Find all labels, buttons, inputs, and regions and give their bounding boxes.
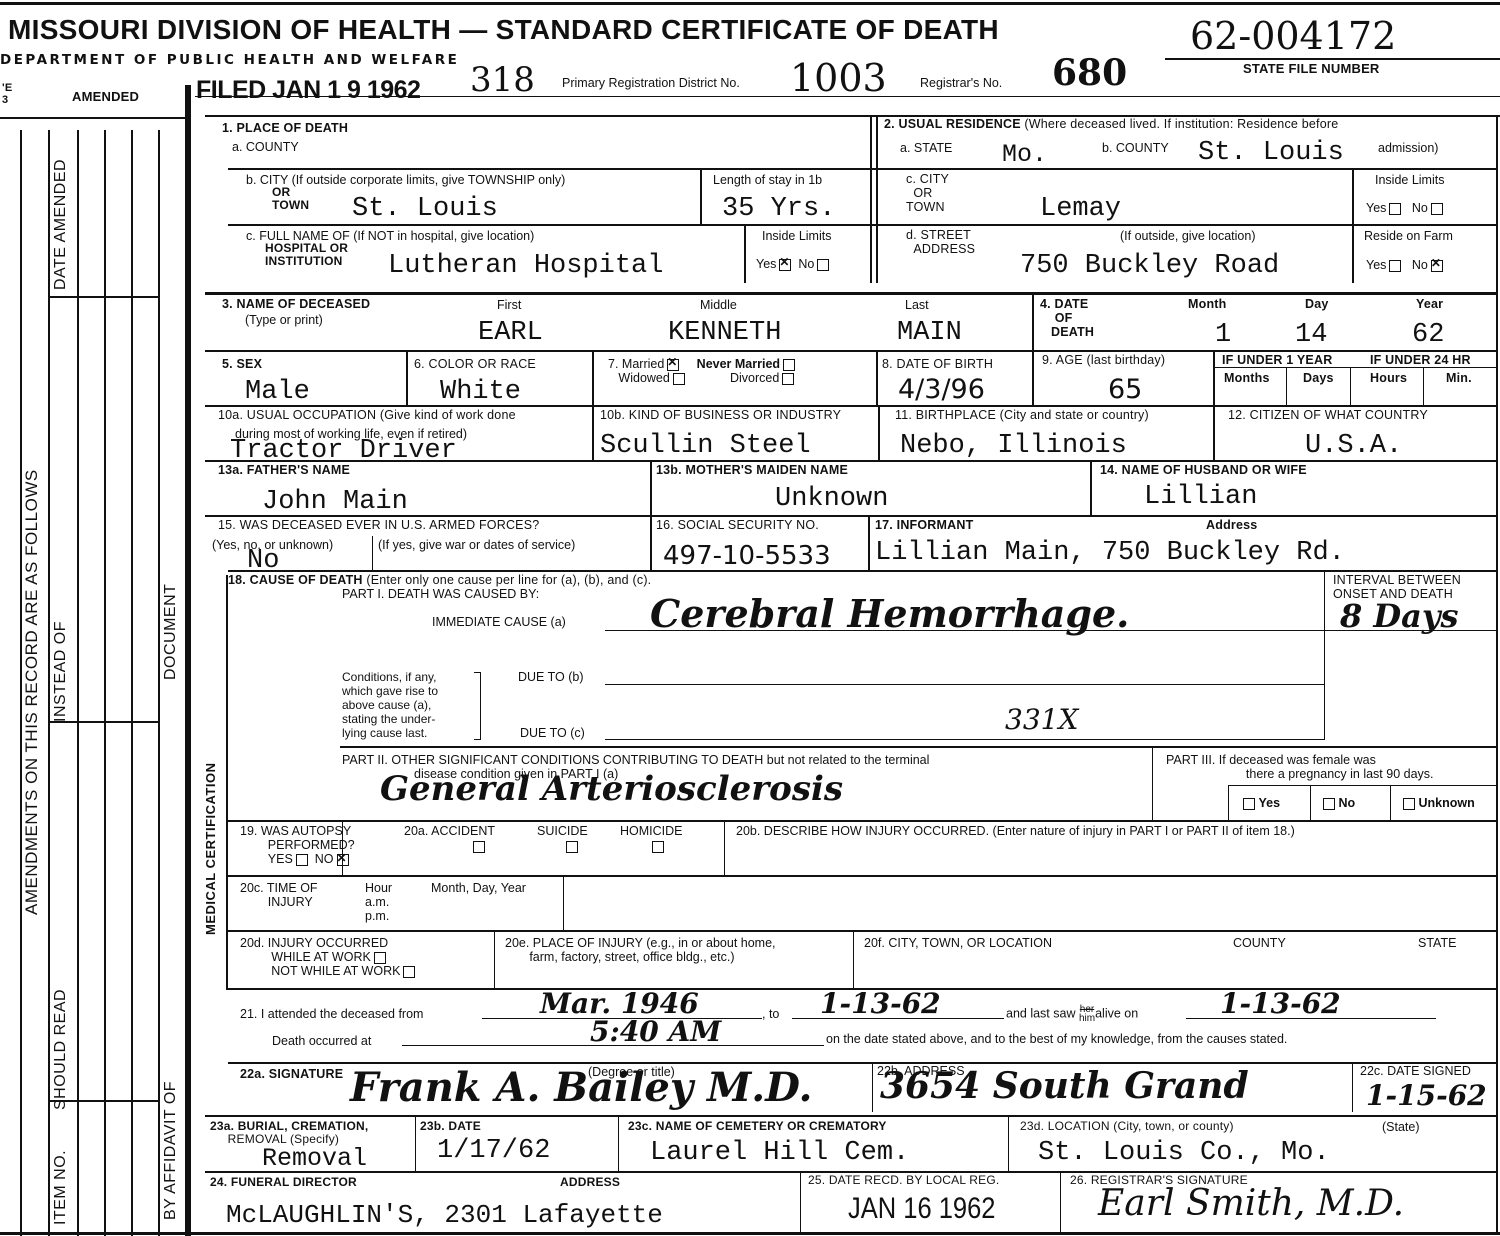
informant-label: 17. INFORMANT (875, 519, 973, 533)
date-of-death-label: 4. DATE OF DEATH (1040, 298, 1094, 339)
burial-value: Removal (262, 1146, 367, 1171)
pregnancy-unknown-checkbox[interactable] (1403, 798, 1415, 810)
date-signed-label: 22c. DATE SIGNED (1360, 1064, 1471, 1078)
funeral-director-label: 24. FUNERAL DIRECTOR (210, 1176, 357, 1189)
inside-limits-no-checkbox[interactable] (1431, 203, 1443, 215)
due-to-c-label: DUE TO (c) (520, 726, 585, 740)
hospital-value: Lutheran Hospital (388, 253, 663, 280)
item-no-label: ITEM NO. (52, 1150, 70, 1225)
physician-signature: Frank A. Bailey M.D. (350, 1068, 812, 1108)
farm-checkboxes: Yes No (1366, 258, 1443, 272)
registrars-no-label: Registrar's No. (920, 76, 1002, 90)
stay-length-value: 35 Yrs. (722, 196, 835, 223)
residence-county-value: St. Louis (1198, 140, 1344, 167)
mother-value: Unknown (775, 486, 888, 513)
amendments-label: AMENDMENTS ON THIS RECORD ARE AS FOLLOWS (22, 469, 42, 915)
informant-address-label: Address (1206, 519, 1257, 533)
conditions-note: Conditions, if any,which gave rise toabo… (342, 670, 438, 740)
spouse-value: Lillian (1144, 484, 1257, 511)
amended-label: AMENDED (72, 90, 139, 104)
by-affidavit-label: BY AFFIDAVIT OF (162, 1081, 180, 1220)
attended-to-label: , to (762, 1007, 779, 1021)
should-read-label: SHOULD READ (52, 989, 70, 1110)
death-city-value: St. Louis (352, 196, 498, 223)
date-recd-value: JAN 16 1962 (848, 1192, 995, 1226)
part1-label: PART I. DEATH WAS CAUSED BY: (342, 587, 539, 601)
farm-no-checkbox[interactable] (1431, 260, 1443, 272)
mother-label: 13b. MOTHER'S MAIDEN NAME (656, 464, 848, 478)
father-value: John Main (262, 489, 408, 516)
father-label: 13a. FATHER'S NAME (218, 464, 350, 478)
burial-date: 1/17/62 (437, 1138, 550, 1165)
ssn-label: 16. SOCIAL SECURITY NO. (656, 519, 819, 533)
pregnancy-unknown: Unknown (1400, 796, 1475, 810)
residence-state-value: Mo. (1002, 142, 1047, 167)
burial-label: 23a. BURIAL, CREMATION, REMOVAL (Specify… (210, 1120, 368, 1146)
marital-status: 7. Married Never Married Widowed Divorce… (608, 357, 795, 386)
name-label: 3. NAME OF DECEASED (222, 298, 370, 312)
autopsy-label: 19. WAS AUTOPSY PERFORMED? YES NO (240, 824, 355, 866)
under-1-year-label: IF UNDER 1 YEAR (1222, 354, 1332, 368)
hospital-sublabel: HOSPITAL ORINSTITUTION (265, 242, 348, 268)
brace (474, 672, 481, 740)
certificate-title: MISSOURI DIVISION OF HEALTH — STANDARD C… (8, 14, 999, 46)
autopsy-yes-checkbox[interactable] (296, 854, 308, 866)
department-name: DEPARTMENT OF PUBLIC HEALTH AND WELFARE (0, 52, 459, 68)
mdy-label: Month, Day, Year (431, 881, 526, 895)
funeral-address-label: ADDRESS (560, 1176, 620, 1189)
injury-county-label: COUNTY (1233, 936, 1286, 950)
business-label: 10b. KIND OF BUSINESS OR INDUSTRY (600, 409, 841, 423)
under-24-hr-label: IF UNDER 24 HR (1370, 354, 1471, 368)
instead-of-label: INSTEAD OF (52, 621, 70, 722)
place-of-death-label: 1. PLACE OF DEATH (222, 122, 348, 136)
widowed-checkbox[interactable] (673, 373, 685, 385)
dob-value: 4/3/96 (898, 376, 985, 403)
pregnancy-yes: Yes (1240, 796, 1280, 810)
part2-label: PART II. OTHER SIGNIFICANT CONDITIONS CO… (342, 753, 929, 767)
county-label: a. COUNTY (232, 140, 299, 154)
homicide-checkbox[interactable] (652, 841, 664, 853)
ssn-value: 497-10-5533 (663, 543, 831, 569)
date-signed: 1-15-62 (1366, 1082, 1487, 1110)
death-occurred-tail: on the date stated above, and to the bes… (826, 1032, 1287, 1046)
race-value: White (440, 379, 521, 406)
first-name: EARL (478, 320, 543, 347)
hospital-inside-limits: Yes No (756, 257, 829, 271)
farm-yes-checkbox[interactable] (1389, 260, 1401, 272)
married-checkbox[interactable] (667, 359, 679, 371)
sex-value: Male (245, 379, 310, 406)
dod-day: 14 (1295, 322, 1327, 349)
burial-location-label: 23d. LOCATION (City, town, or county) (1020, 1120, 1234, 1133)
injury-city-label: 20f. CITY, TOWN, OR LOCATION (864, 936, 1052, 950)
birthplace-label: 11. BIRTHPLACE (City and state or countr… (895, 409, 1149, 423)
first-label: First (497, 298, 521, 312)
citizen-value: U.S.A. (1305, 433, 1402, 460)
residence-state-label: a. STATE (900, 141, 952, 155)
death-occurred-value: 5:40 AM (590, 1018, 721, 1046)
suicide-label: SUICIDE (537, 824, 588, 838)
primary-district-label: Primary Registration District No. (562, 76, 740, 90)
dob-label: 8. DATE OF BIRTH (882, 358, 993, 372)
attended-to: 1-13-62 (820, 990, 941, 1018)
business-value: Scullin Steel (600, 433, 811, 460)
attended-from: Mar. 1946 (540, 990, 699, 1018)
accident-label: 20a. ACCIDENT (404, 824, 495, 838)
name-sublabel: (Type or print) (245, 313, 323, 327)
hour-label: Houra.m.p.m. (365, 881, 392, 923)
farm-label: Reside on Farm (1364, 229, 1453, 243)
dod-month: 1 (1215, 322, 1231, 349)
residence-county-label: b. COUNTY (1102, 141, 1169, 155)
hospital-inside-limits-label: Inside Limits (762, 229, 831, 243)
part2-value: General Arteriosclerosis (380, 772, 843, 806)
registration-district-no: 318 (470, 60, 535, 100)
inside-limits-yes-checkbox[interactable] (1389, 203, 1401, 215)
signature-label: 22a. SIGNATURE (240, 1068, 343, 1082)
armed-forces-label: 15. WAS DECEASED EVER IN U.S. ARMED FORC… (218, 519, 539, 533)
attended-label: 21. I attended the deceased from (240, 1007, 423, 1021)
dod-year-label: Year (1416, 298, 1443, 312)
pregnancy-no: No (1320, 796, 1355, 810)
admission-label: admission) (1378, 141, 1438, 155)
last-name: MAIN (897, 320, 962, 347)
state-file-number: 62-004172 (1190, 14, 1396, 58)
cause-label: 18. CAUSE OF DEATH (Enter only one cause… (228, 574, 651, 588)
registrar-signature: Earl Smith, M.D. (1098, 1186, 1404, 1222)
pregnancy-yes-checkbox[interactable] (1243, 798, 1255, 810)
hospital-inside-yes-checkbox[interactable] (779, 259, 791, 271)
burial-state-label: (State) (1382, 1120, 1420, 1134)
age-value: 65 (1108, 376, 1142, 403)
birthplace-value: Nebo, Illinois (900, 433, 1127, 460)
primary-district-no: 1003 (790, 56, 887, 100)
residence-inside-limits-label: Inside Limits (1375, 173, 1444, 187)
never-married-checkbox[interactable] (783, 359, 795, 371)
middle-label: Middle (700, 298, 737, 312)
months-label: Months (1224, 372, 1270, 386)
place-of-injury-label: 20e. PLACE OF INJURY (e.g., in or about … (505, 936, 776, 964)
margin-corner: 'E3 (2, 82, 12, 106)
cemetery-value: Laurel Hill Cem. (650, 1140, 909, 1167)
last-saw-label: and last saw herhimalive on (1006, 1005, 1138, 1023)
homicide-label: HOMICIDE (620, 824, 683, 838)
injury-state-label: STATE (1418, 936, 1456, 950)
part3-label: PART III. If deceased was female was the… (1166, 753, 1434, 782)
street-note: (If outside, give location) (1120, 229, 1256, 243)
death-occurred-label: Death occurred at (272, 1034, 371, 1048)
injury-work-label: 20d. INJURY OCCURRED WHILE AT WORK NOT W… (240, 936, 415, 978)
physician-address: 3654 South Grand (880, 1068, 1249, 1104)
hours-label: Hours (1370, 372, 1407, 386)
residence-city-label: c. CITY ORTOWN (906, 173, 949, 214)
burial-location: St. Louis Co., Mo. (1038, 1140, 1330, 1167)
immediate-cause-value: Cerebral Hemorrhage. (650, 595, 1129, 633)
while-work-checkbox[interactable] (374, 952, 386, 964)
age-label: 9. AGE (last birthday) (1042, 354, 1165, 368)
filed-stamp: FILED JAN 1 9 1962 (196, 76, 420, 105)
registrars-no: 680 (1052, 52, 1127, 94)
armed-forces-sub2: (If yes, give war or dates of service) (378, 538, 575, 552)
divorced-checkbox[interactable] (782, 373, 794, 385)
citizen-label: 12. CITIZEN OF WHAT COUNTRY (1228, 409, 1428, 423)
occupation-label: 10a. USUAL OCCUPATION (Give kind of work… (218, 409, 516, 423)
burial-date-label: 23b. DATE (420, 1120, 481, 1133)
middle-name: KENNETH (668, 320, 781, 347)
pregnancy-no-checkbox[interactable] (1323, 798, 1335, 810)
state-file-label: STATE FILE NUMBER (1243, 62, 1380, 76)
street-value: 750 Buckley Road (1020, 253, 1279, 280)
informant-value: Lillian Main, 750 Buckley Rd. (875, 540, 1345, 567)
sex-label: 5. SEX (222, 358, 262, 372)
suicide-checkbox[interactable] (566, 841, 578, 853)
last-saw-value: 1-13-62 (1220, 990, 1341, 1018)
immediate-cause-label: IMMEDIATE CAUSE (a) (432, 615, 566, 629)
due-to-c-value: 331X (1005, 706, 1078, 734)
min-label: Min. (1446, 372, 1472, 386)
stay-length-label: Length of stay in 1b (713, 173, 822, 187)
accident-checkbox[interactable] (473, 841, 485, 853)
residence-label: 2. USUAL RESIDENCE (Where deceased lived… (884, 118, 1338, 132)
race-label: 6. COLOR OR RACE (414, 358, 536, 372)
interval-value: 8 Days (1340, 600, 1459, 632)
dod-month-label: Month (1188, 298, 1226, 312)
last-label: Last (905, 298, 929, 312)
dod-year: 62 (1412, 322, 1444, 349)
death-city-or: ORTOWN (272, 186, 309, 212)
document-label: DOCUMENT (162, 584, 180, 680)
describe-injury-label: 20b. DESCRIBE HOW INJURY OCCURRED. (Ente… (736, 824, 1295, 838)
medical-certification-label: MEDICAL CERTIFICATION (203, 762, 218, 935)
spouse-label: 14. NAME OF HUSBAND OR WIFE (1100, 464, 1307, 478)
time-of-injury-label: 20c. TIME OF INJURY (240, 881, 318, 909)
cemetery-label: 23c. NAME OF CEMETERY OR CREMATORY (628, 1120, 887, 1133)
residence-inside-limits: Yes No (1366, 201, 1443, 215)
date-recd-label: 25. DATE RECD. BY LOCAL REG. (808, 1174, 999, 1187)
residence-city-value: Lemay (1040, 196, 1121, 223)
date-amended-label: DATE AMENDED (52, 159, 70, 290)
due-to-b-label: DUE TO (b) (518, 670, 584, 684)
street-label: d. STREET ADDRESS (906, 229, 975, 257)
hospital-inside-no-checkbox[interactable] (817, 259, 829, 271)
not-while-work-checkbox[interactable] (403, 966, 415, 978)
days-label: Days (1303, 372, 1334, 386)
dod-day-label: Day (1305, 298, 1329, 312)
funeral-director-value: McLAUGHLIN'S, 2301 Lafayette (226, 1202, 663, 1228)
